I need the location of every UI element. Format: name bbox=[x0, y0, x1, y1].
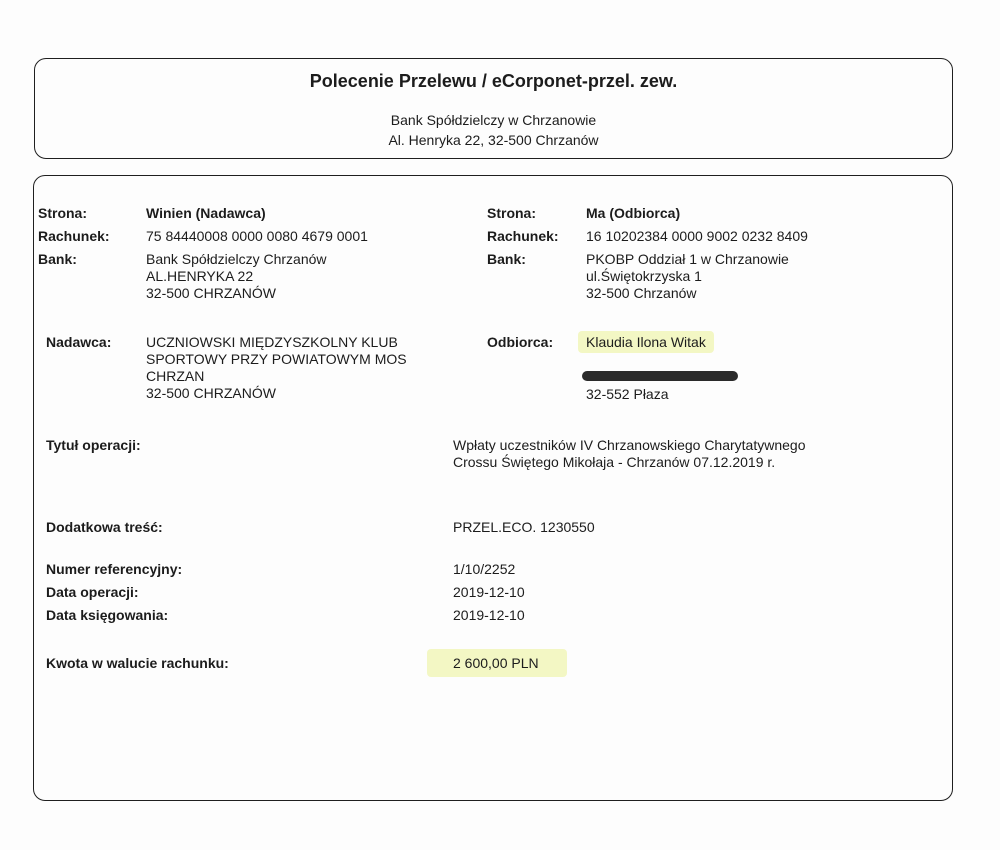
sender-party-line-1: UCZNIOWSKI MIĘDZYSZKOLNY KLUB bbox=[146, 334, 398, 351]
sender-bank-line-3: 32-500 CHRZANÓW bbox=[146, 285, 276, 302]
recipient-side-value: Ma (Odbiorca) bbox=[586, 205, 680, 222]
recipient-account-number: 16 10202384 0000 9002 0232 8409 bbox=[586, 228, 808, 245]
extra-content-value: PRZEL.ECO. 1230550 bbox=[453, 519, 595, 536]
operation-title-line-2: Crossu Świętego Mikołaja - Chrzanów 07.1… bbox=[453, 454, 775, 471]
recipient-city: 32-552 Płaza bbox=[586, 386, 669, 403]
operation-title-label: Tytuł operacji: bbox=[46, 437, 141, 454]
sender-party-label: Nadawca: bbox=[46, 334, 111, 351]
document-header-box: Polecenie Przelewu / eCorponet-przel. ze… bbox=[34, 58, 953, 159]
sender-side-value: Winien (Nadawca) bbox=[146, 205, 266, 222]
issuing-bank-address: Al. Henryka 22, 32-500 Chrzanów bbox=[35, 132, 952, 148]
recipient-bank-label: Bank: bbox=[487, 251, 526, 268]
amount: 2 600,00 PLN bbox=[453, 655, 567, 672]
recipient-account-label: Rachunek: bbox=[487, 228, 559, 245]
issuing-bank-name: Bank Spółdzielczy w Chrzanowie bbox=[35, 112, 952, 128]
recipient-bank-line-2: ul.Świętokrzyska 1 bbox=[586, 268, 702, 285]
sender-party-line-4: 32-500 CHRZANÓW bbox=[146, 385, 276, 402]
amount-label: Kwota w walucie rachunku: bbox=[46, 655, 229, 672]
recipient-bank-line-1: PKOBP Oddział 1 w Chrzanowie bbox=[586, 251, 789, 268]
document-title: Polecenie Przelewu / eCorponet-przel. ze… bbox=[35, 71, 952, 92]
sender-side-label: Strona: bbox=[38, 205, 87, 222]
recipient-bank-line-3: 32-500 Chrzanów bbox=[586, 285, 697, 302]
recipient-side-label: Strona: bbox=[487, 205, 536, 222]
extra-content-label: Dodatkowa treść: bbox=[46, 519, 163, 536]
amount-value-highlight: 2 600,00 PLN bbox=[427, 649, 567, 677]
redacted-street-address bbox=[582, 371, 738, 381]
recipient-party-label: Odbiorca: bbox=[487, 334, 553, 351]
sender-bank-label: Bank: bbox=[38, 251, 77, 268]
operation-date-label: Data operacji: bbox=[46, 584, 139, 601]
sender-party-line-2: SPORTOWY PRZY POWIATOWYM MOS bbox=[146, 351, 407, 368]
sender-party-line-3: CHRZAN bbox=[146, 368, 204, 385]
recipient-name: Klaudia Ilona Witak bbox=[586, 334, 714, 351]
operation-title-line-1: Wpłaty uczestników IV Chrzanowskiego Cha… bbox=[453, 437, 806, 454]
booking-date-value: 2019-12-10 bbox=[453, 607, 525, 624]
booking-date-label: Data księgowania: bbox=[46, 607, 168, 624]
reference-number-label: Numer referencyjny: bbox=[46, 561, 182, 578]
reference-number-value: 1/10/2252 bbox=[453, 561, 515, 578]
recipient-name-highlight: Klaudia Ilona Witak bbox=[578, 331, 714, 353]
sender-account-label: Rachunek: bbox=[38, 228, 110, 245]
sender-bank-line-1: Bank Spółdzielczy Chrzanów bbox=[146, 251, 327, 268]
operation-date-value: 2019-12-10 bbox=[453, 584, 525, 601]
sender-bank-line-2: AL.HENRYKA 22 bbox=[146, 268, 253, 285]
sender-account-number: 75 84440008 0000 0080 4679 0001 bbox=[146, 228, 368, 245]
